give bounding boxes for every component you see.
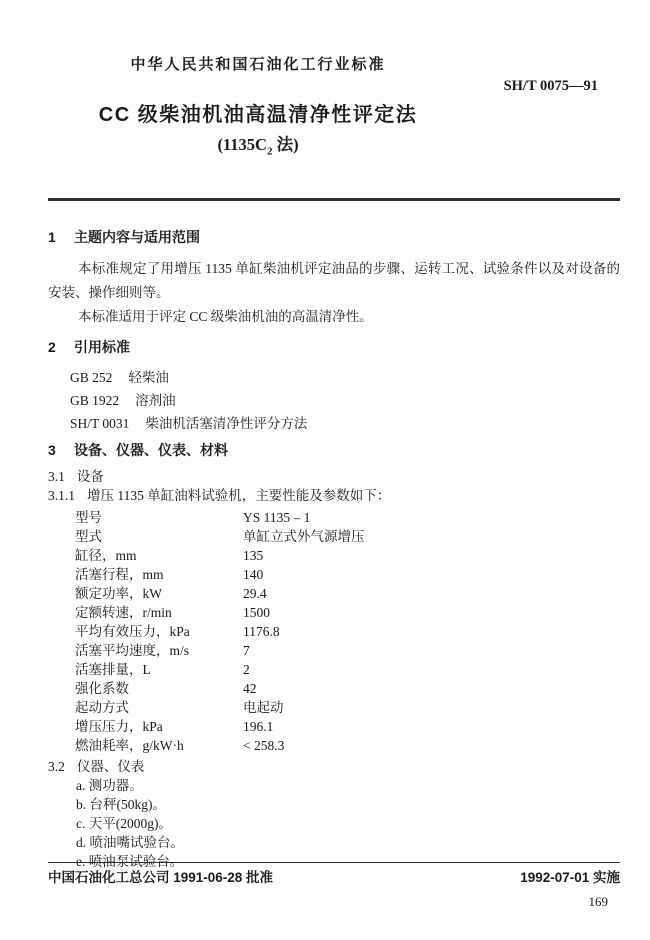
spec-row: 型式单缸立式外气源增压 <box>48 527 620 546</box>
section-3-number: 3 <box>48 440 62 460</box>
subsection-3-1-title: 设备 <box>77 469 104 484</box>
subsection-3-1-1: 3.1.1增压 1135 单缸油料试验机，主要性能及参数如下： <box>48 486 620 505</box>
section-1-paragraph-1: 本标准规定了用增压 1135 单缸柴油机评定油品的步骤、运转工况、试验条件以及对… <box>48 257 620 305</box>
reference-list: GB 252轻柴油 GB 1922溶剂油 SH/T 0031柴油机活塞清净性评分… <box>70 366 620 435</box>
spec-row: 缸径，mm135 <box>48 546 620 565</box>
spec-row: 强化系数42 <box>48 679 620 698</box>
spec-row: 活塞行程，mm140 <box>48 565 620 584</box>
subsection-3-2-title: 仪器、仪表 <box>77 759 145 774</box>
spec-value: 电起动 <box>243 698 620 717</box>
spec-row: 活塞平均速度，m/s7 <box>48 641 620 660</box>
spec-value: 140 <box>243 565 620 584</box>
spec-value: 单缸立式外气源增压 <box>243 527 620 546</box>
spec-row: 型号YS 1135 – 1 <box>48 508 620 527</box>
reference-name: 柴油机活塞清净性评分方法 <box>145 416 307 431</box>
page-content: 中华人民共和国石油化工行业标准 CC 级柴油机油高温清净性评定法 (1135C2… <box>0 0 650 871</box>
issuing-org-line: 中华人民共和国石油化工行业标准 <box>48 54 468 76</box>
instrument-item: c. 天平(2000g)。 <box>76 814 620 833</box>
section-2-number: 2 <box>48 337 62 357</box>
reference-item: GB 1922溶剂油 <box>70 389 620 412</box>
spec-label: 活塞行程，mm <box>75 565 243 584</box>
spec-row: 额定功率，kW29.4 <box>48 584 620 603</box>
spec-value: 1500 <box>243 603 620 622</box>
footer-approval: 中国石油化工总公司 1991-06-28 批准 <box>48 869 273 887</box>
spec-value: YS 1135 – 1 <box>243 508 620 527</box>
subsection-3-1-1-number: 3.1.1 <box>48 488 75 503</box>
subsection-3-1: 3.1设备 <box>48 467 620 486</box>
reference-item: SH/T 0031柴油机活塞清净性评分方法 <box>70 412 620 435</box>
section-3-title: 设备、仪器、仪表、材料 <box>74 442 228 458</box>
footer-implementation: 1992-07-01 实施 <box>520 869 620 887</box>
subsection-3-2: 3.2仪器、仪表 <box>48 757 620 776</box>
section-1-heading: 1主题内容与适用范围 <box>48 227 620 247</box>
section-1-title: 主题内容与适用范围 <box>74 229 200 245</box>
section-1-paragraph-2: 本标准适用于评定 CC 级柴油机油的高温清净性。 <box>48 305 620 329</box>
section-1-number: 1 <box>48 227 62 247</box>
header-divider-rule <box>48 198 620 201</box>
section-3-heading: 3设备、仪器、仪表、材料 <box>48 440 620 460</box>
spec-value: 42 <box>243 679 620 698</box>
footer: 中国石油化工总公司 1991-06-28 批准 1992-07-01 实施 <box>48 862 620 887</box>
engine-spec-table: 型号YS 1135 – 1 型式单缸立式外气源增压 缸径，mm135 活塞行程，… <box>48 508 620 755</box>
instrument-item: b. 台秤(50kg)。 <box>76 795 620 814</box>
reference-name: 溶剂油 <box>135 393 176 408</box>
spec-label: 燃油耗率，g/kW·h <box>75 736 243 755</box>
reference-item: GB 252轻柴油 <box>70 366 620 389</box>
subtitle-prefix: (1135C <box>217 135 267 154</box>
document-subtitle: (1135C2 法) <box>48 133 468 163</box>
reference-code: SH/T 0031 <box>70 416 129 431</box>
standard-number: SH/T 0075—91 <box>504 76 598 96</box>
spec-label: 起动方式 <box>75 698 243 717</box>
subsection-3-2-number: 3.2 <box>48 759 65 774</box>
spec-row: 定额转速，r/min1500 <box>48 603 620 622</box>
subsection-3-1-1-title: 增压 1135 单缸油料试验机，主要性能及参数如下： <box>87 488 390 503</box>
spec-label: 强化系数 <box>75 679 243 698</box>
spec-value: 1176.8 <box>243 622 620 641</box>
spec-label: 型式 <box>75 527 243 546</box>
spec-row: 增压压力，kPa196.1 <box>48 717 620 736</box>
spec-row: 起动方式电起动 <box>48 698 620 717</box>
document-header: 中华人民共和国石油化工行业标准 CC 级柴油机油高温清净性评定法 (1135C2… <box>48 54 468 163</box>
reference-code: GB 252 <box>70 370 112 385</box>
spec-value: 196.1 <box>243 717 620 736</box>
spec-row: 活塞排量，L2 <box>48 660 620 679</box>
spec-row: 燃油耗率，g/kW·h< 258.3 <box>48 736 620 755</box>
reference-code: GB 1922 <box>70 393 119 408</box>
spec-value: 135 <box>243 546 620 565</box>
subtitle-suffix: 法) <box>272 135 298 154</box>
instrument-item: a. 测功器。 <box>76 776 620 795</box>
spec-row: 平均有效压力，kPa1176.8 <box>48 622 620 641</box>
spec-label: 平均有效压力，kPa <box>75 622 243 641</box>
subsection-3-1-number: 3.1 <box>48 469 65 484</box>
spec-label: 定额转速，r/min <box>75 603 243 622</box>
document-title: CC 级柴油机油高温清净性评定法 <box>48 102 468 128</box>
spec-label: 型号 <box>75 508 243 527</box>
spec-label: 活塞平均速度，m/s <box>75 641 243 660</box>
spec-label: 活塞排量，L <box>75 660 243 679</box>
spec-label: 额定功率，kW <box>75 584 243 603</box>
document-page: SH/T 0075—91 中华人民共和国石油化工行业标准 CC 级柴油机油高温清… <box>0 0 650 940</box>
spec-value: 29.4 <box>243 584 620 603</box>
spec-label: 缸径，mm <box>75 546 243 565</box>
spec-label: 增压压力，kPa <box>75 717 243 736</box>
instrument-item: d. 喷油嘴试验台。 <box>76 833 620 852</box>
spec-value: < 258.3 <box>243 736 620 755</box>
page-number: 169 <box>589 894 609 910</box>
section-2-heading: 2引用标准 <box>48 337 620 357</box>
section-2-title: 引用标准 <box>74 339 130 355</box>
reference-name: 轻柴油 <box>128 370 169 385</box>
spec-value: 2 <box>243 660 620 679</box>
instrument-list: a. 测功器。 b. 台秤(50kg)。 c. 天平(2000g)。 d. 喷油… <box>48 776 620 871</box>
spec-value: 7 <box>243 641 620 660</box>
